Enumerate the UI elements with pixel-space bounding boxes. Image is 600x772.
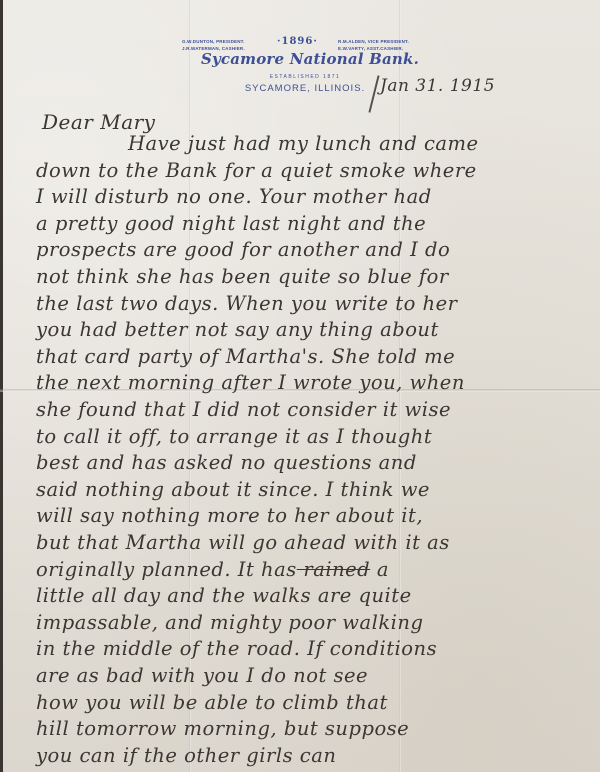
letter-line: Have just had my lunch and came xyxy=(128,132,479,155)
letter-line: she found that I did not consider it wis… xyxy=(36,398,451,421)
officer-president: G.W.DUNTON, PRESIDENT. xyxy=(182,38,245,45)
letterhead-year: ·1896· xyxy=(277,36,318,47)
letter-line-text: to call it off, to arrange it as I thoug… xyxy=(36,425,432,448)
letter-line-text: said nothing about it since. I think we xyxy=(36,478,430,501)
letter-line: not think she has been quite so blue for xyxy=(36,265,449,288)
letter-line: the last two days. When you write to her xyxy=(36,292,457,315)
letter-line: are as bad with you I do not see xyxy=(36,664,368,687)
letter-line: I will disturb no one. Your mother had xyxy=(36,185,432,208)
letter-line: in the middle of the road. If conditions xyxy=(36,637,437,660)
letter-line: that card party of Martha's. She told me xyxy=(36,345,455,368)
letter-page: G.W.DUNTON, PRESIDENT. J.R.WATERMAN, CAS… xyxy=(0,0,600,772)
letter-line-text: but that Martha will go ahead with it as xyxy=(36,531,450,554)
letter-line-text: you can if the other girls can xyxy=(36,744,336,767)
letter-line: but that Martha will go ahead with it as xyxy=(36,531,450,554)
letter-line-text: she found that I did not consider it wis… xyxy=(36,398,451,421)
letter-line-text: down to the Bank for a quiet smoke where xyxy=(36,159,477,182)
officer-vice-president: R.M.ALDEN, VICE PRESIDENT. xyxy=(338,38,409,45)
letter-line-text: that card party of Martha's. She told me xyxy=(36,345,455,368)
page-edge xyxy=(0,0,3,772)
letter-line: said nothing about it since. I think we xyxy=(36,478,430,501)
letter-line-text: how you will be able to climb that xyxy=(36,691,388,714)
letter-line-text: prospects are good for another and I do xyxy=(36,238,450,261)
letter-line-text: the last two days. When you write to her xyxy=(36,292,457,315)
letter-line: you had better not say any thing about xyxy=(36,318,439,341)
letter-line-text: best and has asked no questions and xyxy=(36,451,417,474)
letter-line-text: impassable, and mighty poor walking xyxy=(36,611,423,634)
struck-word: rained xyxy=(297,558,370,581)
letter-line: you can if the other girls can xyxy=(36,744,336,767)
letter-line: originally planned. It has rained a xyxy=(36,558,389,581)
bank-name: Sycamore National Bank. xyxy=(195,50,425,68)
letter-line-text: originally planned. It has xyxy=(36,558,297,581)
letter-date: Jan 31. 1915 xyxy=(380,76,495,96)
letter-line-text: not think she has been quite so blue for xyxy=(36,265,449,288)
letter-line-text: you had better not say any thing about xyxy=(36,318,439,341)
letter-line: impassable, and mighty poor walking xyxy=(36,611,423,634)
letter-line-text: little all day and the walks are quite xyxy=(36,584,412,607)
letter-line: down to the Bank for a quiet smoke where xyxy=(36,159,477,182)
letter-line: how you will be able to climb that xyxy=(36,691,388,714)
letter-line-text: hill tomorrow morning, but suppose xyxy=(36,717,409,740)
letter-line-text: the next morning after I wrote you, when xyxy=(36,371,465,394)
letter-line: will say nothing more to her about it, xyxy=(36,504,423,527)
letter-line-text: in the middle of the road. If conditions xyxy=(36,637,437,660)
letter-line: prospects are good for another and I do xyxy=(36,238,450,261)
letter-line: the next morning after I wrote you, when xyxy=(36,371,465,394)
letter-line: a pretty good night last night and the xyxy=(36,212,426,235)
letter-line-text: Have just had my lunch and came xyxy=(128,132,479,155)
letter-line-text: a pretty good night last night and the xyxy=(36,212,426,235)
letter-line: to call it off, to arrange it as I thoug… xyxy=(36,425,432,448)
letter-line-text: will say nothing more to her about it, xyxy=(36,504,423,527)
letter-line: best and has asked no questions and xyxy=(36,451,417,474)
letter-line-text: a xyxy=(370,558,389,581)
letter-line: hill tomorrow morning, but suppose xyxy=(36,717,409,740)
salutation: Dear Mary xyxy=(42,110,155,134)
letter-line: little all day and the walks are quite xyxy=(36,584,412,607)
letter-line-text: are as bad with you I do not see xyxy=(36,664,368,687)
letter-line-text: I will disturb no one. Your mother had xyxy=(36,185,432,208)
